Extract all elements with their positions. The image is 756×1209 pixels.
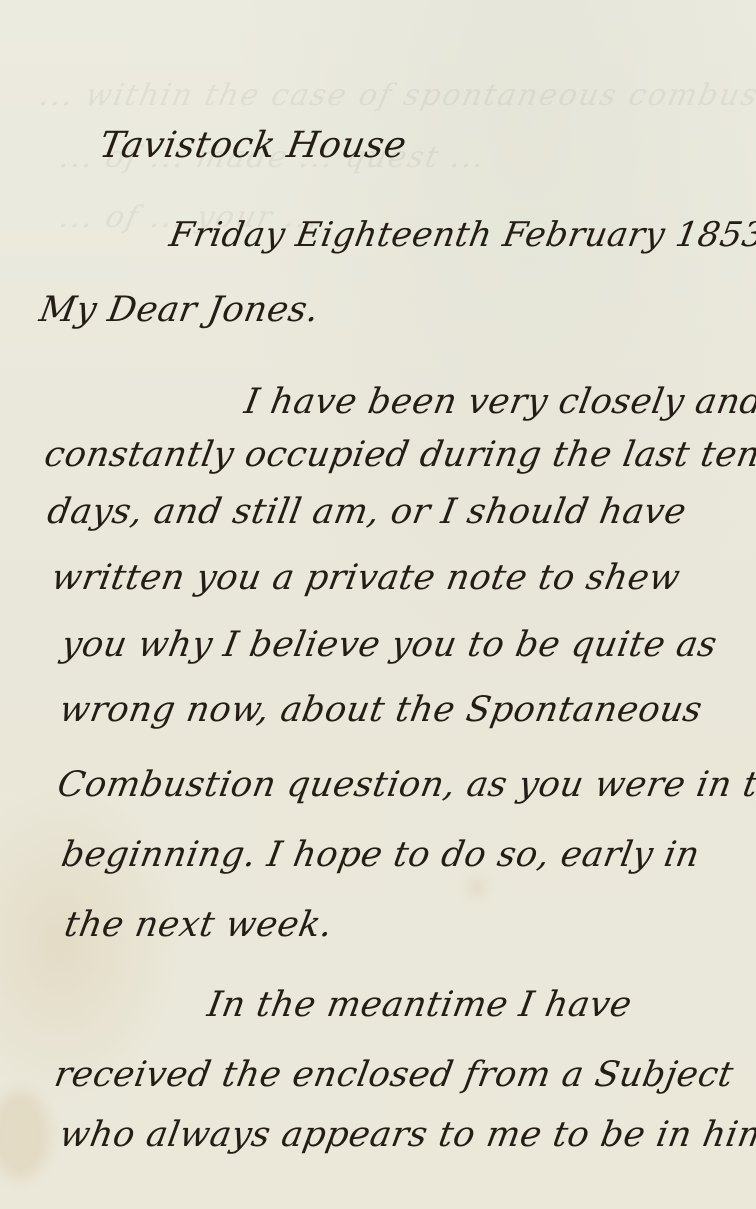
letter-date: Friday Eighteenth February 1853. <box>166 215 756 255</box>
letter-body-line: who always appears to me to be in himsel… <box>56 1115 756 1155</box>
letter-body-line: constantly occupied during the last ten <box>41 435 756 475</box>
letter-address: Tavistock House <box>96 125 409 166</box>
letter-body-line: In the meantime I have <box>204 985 634 1025</box>
letter-body-line: Combustion question, as you were in the <box>54 765 756 805</box>
letter-body-line: wrong now, about the Spontaneous <box>56 690 705 730</box>
letter-salutation: My Dear Jones. <box>36 290 322 330</box>
bleed-through-text: ... within the case of spontaneous combu… <box>36 78 756 113</box>
letter-body-line: written you a private note to shew <box>48 558 683 598</box>
letter-body-line: I have been very closely and <box>241 382 756 422</box>
letter-body-line: days, and still am, or I should have <box>44 492 689 532</box>
letter-body-line: received the enclosed from a Subject <box>51 1055 736 1095</box>
letter-page: ... within the case of spontaneous combu… <box>0 0 756 1209</box>
letter-body-line: you why I believe you to be quite as <box>58 625 720 665</box>
paper-stain <box>0 1090 50 1180</box>
paper-stain <box>470 880 484 894</box>
letter-body-line: the next week. <box>61 905 335 945</box>
letter-body-line: beginning. I hope to do so, early in <box>58 835 702 875</box>
